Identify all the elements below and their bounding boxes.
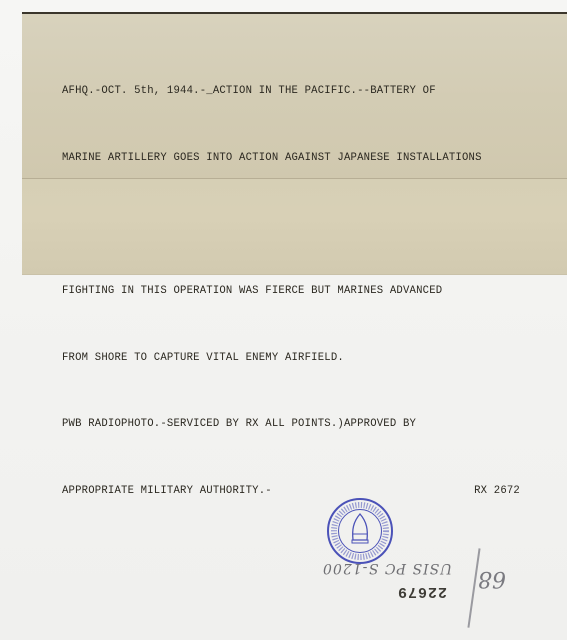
caption-line: FROM SHORE TO CAPTURE VITAL ENEMY AIRFIE… [62,347,542,369]
caption-line: AFHQ.-OCT. 5th, 1944.-_ACTION IN THE PAC… [62,80,542,102]
caption-line: MARINE ARTILLERY GOES INTO ACTION AGAINS… [62,147,542,169]
caption-reference: RX 2672 [474,480,520,502]
archive-stamp [327,498,393,564]
artillery-shell-icon [344,510,376,552]
handwritten-catalog-code: USIS PC S-1200 [322,560,452,576]
bleed-through-text [60,300,400,330]
caption-last-line: APPROPRIATE MILITARY AUTHORITY.- RX 2672 [62,480,520,502]
caption-authority: APPROPRIATE MILITARY AUTHORITY.- [62,480,272,502]
caption-fold-strip [22,178,567,275]
caption-slip: AFHQ.-OCT. 5th, 1944.-_ACTION IN THE PAC… [22,12,567,184]
caption-line: PWB RADIOPHOTO.-SERVICED BY RX ALL POINT… [62,413,542,435]
stamped-inventory-number: 22679 [397,583,447,600]
typed-caption: AFHQ.-OCT. 5th, 1944.-_ACTION IN THE PAC… [62,36,542,547]
handwritten-number: 68 [478,566,506,591]
